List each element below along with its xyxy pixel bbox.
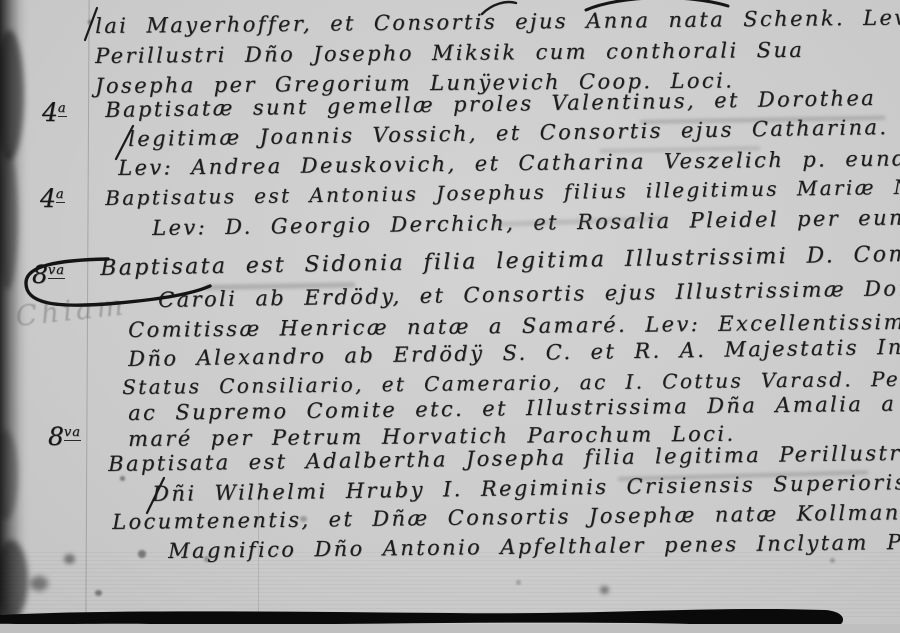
entry-number-superscript: va [48, 263, 65, 279]
entry-number: 4a [40, 184, 65, 213]
entry-number-superscript: va [64, 425, 81, 441]
entry-number-superscript: a [58, 101, 67, 117]
ink-spot [516, 580, 521, 585]
ink-spot [95, 590, 102, 596]
entry-number-value: 4 [42, 98, 58, 127]
register-line: lai Mayerhoffer, et Consortis ejus Anna … [95, 5, 900, 38]
ink-spot [88, 20, 92, 24]
entry-number-value: 4 [40, 184, 56, 213]
register-line: Baptisata est Sidonia filia legitima Ill… [100, 241, 900, 281]
ink-spot [204, 556, 210, 562]
ink-spot [300, 516, 307, 522]
entry-number: 8va [32, 260, 65, 289]
ink-spot [138, 550, 146, 558]
paper-texture [0, 552, 900, 618]
ink-spot [120, 476, 125, 481]
entry-number: 8va [48, 422, 81, 451]
ink-spot [830, 558, 835, 563]
ink-spot [600, 586, 609, 594]
entry-number-value: 8 [32, 260, 48, 289]
entry-number-value: 8 [48, 422, 64, 451]
ink-spot [64, 554, 75, 564]
register-scan-page: lai Mayerhoffer, et Consortis ejus Anna … [0, 0, 900, 633]
register-line: Caroli ab Erdödy, et Consortis ejus Illu… [158, 275, 900, 312]
entry-number-superscript: a [56, 187, 65, 203]
register-line: Lev: Andrea Deuskovich, et Catharina Ves… [118, 146, 900, 180]
ink-spot [30, 576, 48, 591]
pencil-margin-note: Chiam [14, 288, 128, 332]
below-page-surface [0, 624, 900, 633]
register-line: Perillustri Dño Josepho Miksik cum conth… [95, 38, 804, 68]
register-line: Baptisatus est Antonius Josephus filius … [105, 175, 900, 210]
entry-number: 4a [42, 98, 67, 127]
